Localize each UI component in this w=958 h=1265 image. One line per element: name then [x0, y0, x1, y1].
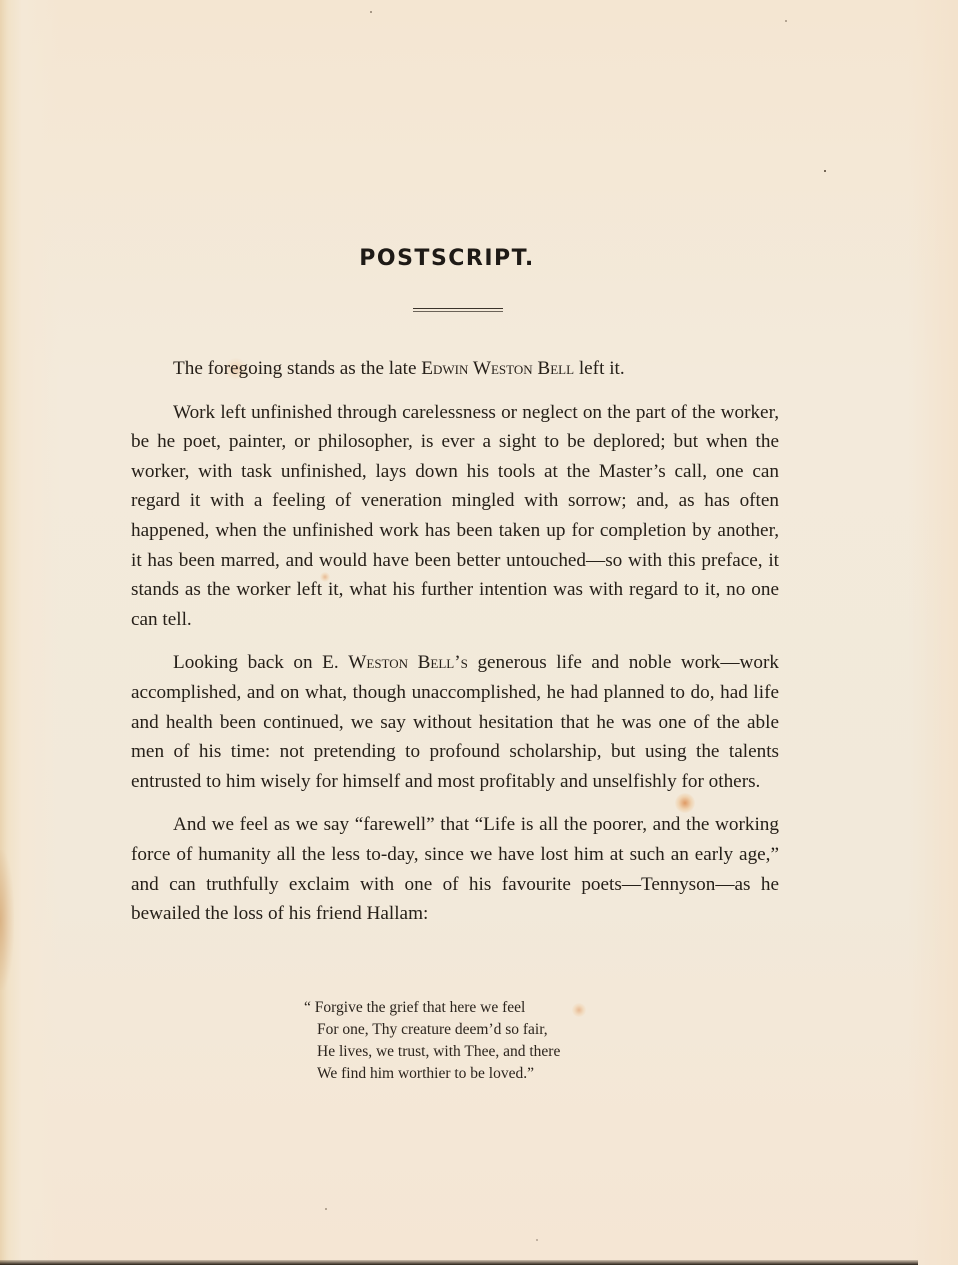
paper-speck — [536, 1239, 538, 1241]
page-edge-shadow — [0, 1260, 918, 1265]
name-small-caps: Weston Bell’s — [348, 652, 468, 673]
title-double-rule — [413, 308, 503, 312]
paper-speck — [824, 170, 826, 172]
poem-line: For one, Thy creature deem’d so fair, — [304, 1019, 560, 1041]
page-title: POSTSCRIPT. — [0, 246, 894, 271]
paper-speck — [325, 1208, 327, 1210]
name-small-caps: Edwin Weston Bell — [421, 358, 574, 379]
paper-speck — [370, 11, 372, 13]
foxing-spot — [572, 1003, 586, 1017]
paper-stain — [0, 850, 14, 990]
poem-quotation: “ Forgive the grief that here we feelFor… — [304, 997, 560, 1085]
poem-line: “ Forgive the grief that here we feel — [304, 997, 560, 1019]
paper-speck — [785, 20, 787, 22]
poem-line: He lives, we trust, with Thee, and there — [304, 1041, 560, 1063]
paragraph: And we feel as we say “farewell” that “L… — [131, 810, 779, 928]
paragraph-text: The foregoing stands as the late — [173, 358, 421, 379]
document-page: POSTSCRIPT. The foregoing stands as the … — [0, 0, 958, 1265]
paragraph-text: And we feel as we say “farewell” that “L… — [131, 814, 779, 924]
body-text: The foregoing stands as the late Edwin W… — [131, 354, 779, 929]
paragraph-text: Work left unfinished through carelessnes… — [131, 402, 779, 630]
paragraph-text: Looking back on E. — [173, 652, 348, 673]
poem-line: We find him worthier to be loved.” — [304, 1063, 560, 1085]
paragraph: Work left unfinished through carelessnes… — [131, 398, 779, 635]
paragraph-text: left it. — [574, 358, 625, 379]
paragraph: Looking back on E. Weston Bell’s generou… — [131, 648, 779, 796]
paragraph: The foregoing stands as the late Edwin W… — [131, 354, 779, 384]
